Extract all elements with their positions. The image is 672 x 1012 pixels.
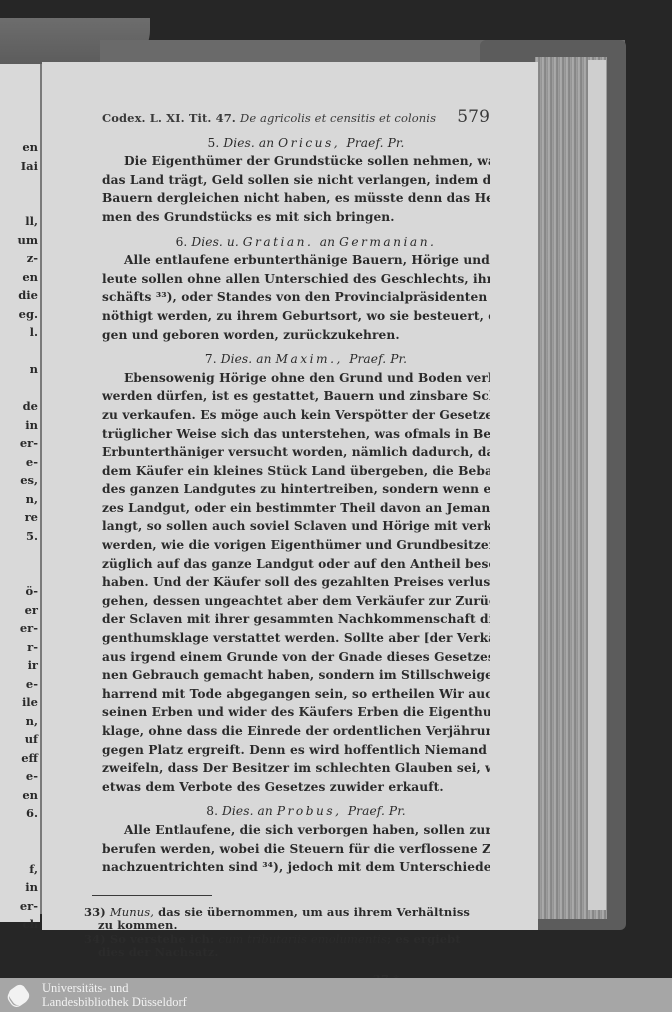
text-line: gen und geboren worden, zurückzukehren.: [102, 326, 490, 345]
running-head-title: Codex. L. XI. Tit. 47. De agricolis et c…: [102, 109, 436, 128]
left-page-fragment: eg.: [0, 305, 38, 324]
left-page-fragment: uf: [0, 730, 38, 749]
left-page-fragment: z-: [0, 249, 38, 268]
left-page-fragment: 6.: [0, 804, 38, 823]
left-page-text-fragments: enIaill,umz-endieeg.l.ndeiner-e-es,n,re5…: [0, 138, 38, 934]
section-heading-suffix: Praef. Pr.: [349, 352, 407, 366]
footnote-marker: 34): [84, 932, 106, 946]
footnote-rule: [92, 895, 212, 896]
section-heading-prefix: Dies. an: [222, 804, 277, 818]
left-page-fragment: ll,: [0, 212, 38, 231]
section-number: 8.: [206, 804, 222, 818]
footnote-text: So verstehe ich:: [106, 932, 219, 946]
section-paragraph: Die Eigenthümer der Grundstücke sollen n…: [102, 152, 490, 226]
left-page-fragment: er: [0, 601, 38, 620]
footnote-continuation: zu kommen.: [84, 919, 494, 933]
left-page-fragment: en: [0, 268, 38, 287]
text-line: nen Gebrauch gemacht haben, sondern im S…: [102, 666, 490, 685]
section-paragraph: Alle entlaufene erbunterthänige Bauern, …: [102, 251, 490, 344]
section-paragraph: Ebensowenig Hörige ohne den Grund und Bo…: [102, 369, 490, 797]
text-line: klage, ohne dass die Einrede der ordentl…: [102, 722, 490, 741]
left-page-fragment: n,: [0, 712, 38, 731]
text-line: nöthigt werden, zu ihrem Geburtsort, wo …: [102, 307, 490, 326]
left-page-fragment: in: [0, 416, 38, 435]
section-heading-prefix: Dies. u.: [191, 235, 242, 249]
text-line: etwas dem Verbote des Gesetzes zuwider e…: [102, 778, 490, 797]
running-head: Codex. L. XI. Tit. 47. De agricolis et c…: [102, 108, 490, 128]
left-page-fragment: eff: [0, 749, 38, 768]
left-page-fragment: [0, 194, 38, 213]
text-line: gehen, dessen ungeachtet aber dem Verkäu…: [102, 592, 490, 611]
text-line: werden dürfen, ist es gestattet, Bauern …: [102, 387, 490, 406]
left-page-fragment: l.: [0, 323, 38, 342]
page-number: 579: [457, 108, 490, 127]
page-text-block: Codex. L. XI. Tit. 47. De agricolis et c…: [102, 108, 490, 988]
left-page-fragment: [0, 545, 38, 564]
text-line: dem Käufer ein kleines Stück Land überge…: [102, 462, 490, 481]
text-line: zes Landgut, oder ein bestimmter Theil d…: [102, 499, 490, 518]
left-page-fragment: en: [0, 138, 38, 157]
section-heading-name: Germanian.: [339, 235, 436, 249]
text-line: harrend mit Tode abgegangen sein, so ert…: [102, 685, 490, 704]
sections-container: 5. Dies. an Oricus, Praef. Pr.Die Eigent…: [102, 134, 490, 877]
left-page-fragment: e-: [0, 767, 38, 786]
text-line: Alle Entlaufene, die sich verborgen habe…: [102, 821, 490, 840]
text-line: leute sollen ohne allen Unterschied des …: [102, 270, 490, 289]
text-line: gegen Platz ergreift. Denn es wird hoffe…: [102, 741, 490, 760]
text-line: werden, wie die vorigen Eigenthümer und …: [102, 536, 490, 555]
section-heading-prefix: Dies. an: [223, 136, 278, 150]
left-page-fragment: [0, 175, 38, 194]
left-page-fragment: en: [0, 786, 38, 805]
left-page-fragment: er-: [0, 434, 38, 453]
section-heading: 5. Dies. an Oricus, Praef. Pr.: [102, 134, 490, 153]
library-name-line2: Landesbibliothek Düsseldorf: [42, 995, 187, 1009]
left-page-fragment: ch: [0, 915, 38, 934]
left-page-fragment: n: [0, 360, 38, 379]
left-page-fragment: r-: [0, 638, 38, 657]
left-page-fragment: [0, 342, 38, 361]
left-page-fragment: ö-: [0, 582, 38, 601]
section-heading: 7. Dies. an Maxim., Praef. Pr.: [102, 350, 490, 369]
text-line: berufen werden, wobei die Steuern für di…: [102, 840, 490, 859]
left-page-fragment: er-: [0, 619, 38, 638]
footnote-marker: 33): [84, 905, 106, 919]
left-page-fragment: [0, 379, 38, 398]
left-page-fragment: 5.: [0, 527, 38, 546]
footnote-text: ; es ergiebt: [387, 932, 461, 946]
left-page-fragment: de: [0, 397, 38, 416]
running-head-prefix: Codex. L. XI. Tit. 47.: [102, 111, 236, 125]
left-page-fragment: [0, 823, 38, 842]
section-heading-suffix: Praef. Pr.: [348, 804, 406, 818]
text-line: genthumsklage verstattet werden. Sollte …: [102, 629, 490, 648]
left-page-fragment: [0, 564, 38, 583]
library-logo-icon: [4, 981, 34, 1009]
footnote: 34) So verstehe ich: cum tributariis emo…: [84, 933, 494, 947]
text-line: seinen Erben und wider des Käufers Erben…: [102, 703, 490, 722]
text-line: aus irgend einem Grunde von der Gnade di…: [102, 648, 490, 667]
left-page-fragment: Iai: [0, 157, 38, 176]
text-line: Ebensowenig Hörige ohne den Grund und Bo…: [102, 369, 490, 388]
footnote-italic: Munus,: [110, 905, 154, 919]
text-line: der Sclaven mit ihrer gesammten Nachkomm…: [102, 610, 490, 629]
left-page-fragment: er-: [0, 897, 38, 916]
section-heading-name: Maxim.,: [276, 352, 350, 366]
left-page-fragment: um: [0, 231, 38, 250]
left-page-fragment: n,: [0, 490, 38, 509]
library-name: Universitäts- und Landesbibliothek Düsse…: [42, 981, 187, 1009]
section-heading-connector: an: [320, 235, 339, 249]
text-line: langt, so sollen auch soviel Sclaven und…: [102, 517, 490, 536]
section-heading: 6. Dies. u. Gratian. an Germanian.: [102, 233, 490, 252]
text-line: haben. Und der Käufer soll des gezahlten…: [102, 573, 490, 592]
footnote-italic: cum tributariis emolumentis: [218, 932, 387, 946]
section-heading-suffix: Praef. Pr.: [347, 136, 405, 150]
left-page-fragment: in: [0, 878, 38, 897]
left-page-fragment: f,: [0, 860, 38, 879]
text-line: men des Grundstücks es mit sich bringen.: [102, 208, 490, 227]
section-heading-name: Probus,: [277, 804, 348, 818]
text-line: zu verkaufen. Es möge auch kein Verspött…: [102, 406, 490, 425]
section-number: 5.: [208, 136, 224, 150]
footnote-text: das sie übernommen, um aus ihrem Verhält…: [154, 905, 470, 919]
text-line: zweifeln, dass Der Besitzer im schlechte…: [102, 759, 490, 778]
text-line: nachzuentrichten sind ³⁴), jedoch mit de…: [102, 858, 490, 877]
footnotes: 33) Munus, das sie übernommen, um aus ih…: [84, 906, 494, 960]
text-line: schäfts ³³), oder Standes von den Provin…: [102, 288, 490, 307]
text-line: Bauern dergleichen nicht haben, es müsst…: [102, 189, 490, 208]
text-line: des ganzen Landgutes zu hintertreiben, s…: [102, 480, 490, 499]
text-line: Alle entlaufene erbunterthänige Bauern, …: [102, 251, 490, 270]
section-heading-name: Gratian.: [243, 235, 320, 249]
text-line: trüglicher Weise sich das unterstehen, w…: [102, 425, 490, 444]
section-heading-name: Oricus,: [278, 136, 346, 150]
text-line: Erbunterthäniger versucht worden, nämlic…: [102, 443, 490, 462]
left-page-fragment: re: [0, 508, 38, 527]
left-page-fragment: [0, 841, 38, 860]
text-line: züglich auf das ganze Landgut oder auf d…: [102, 555, 490, 574]
section-number: 6.: [176, 235, 192, 249]
section-heading-prefix: Dies. an: [221, 352, 276, 366]
section-paragraph: Alle Entlaufene, die sich verborgen habe…: [102, 821, 490, 877]
left-page-fragment: ir: [0, 656, 38, 675]
section-heading: 8. Dies. an Probus, Praef. Pr.: [102, 802, 490, 821]
library-footer-bar: Universitäts- und Landesbibliothek Düsse…: [0, 978, 672, 1012]
footnote: 33) Munus, das sie übernommen, um aus ih…: [84, 906, 494, 920]
text-line: das Land trägt, Geld sollen sie nicht ve…: [102, 171, 490, 190]
left-page-fragment: die: [0, 286, 38, 305]
left-page-fragment: e-: [0, 675, 38, 694]
left-page-fragment: es,: [0, 471, 38, 490]
running-head-italic: De agricolis et censitis et colonis: [240, 111, 436, 125]
left-page-fragment: ile: [0, 693, 38, 712]
text-line: Die Eigenthümer der Grundstücke sollen n…: [102, 152, 490, 171]
footnote-continuation: dies der Nachsatz.: [84, 946, 494, 960]
page-edge-highlight: [588, 60, 606, 910]
section-number: 7.: [205, 352, 221, 366]
left-page-fragment: e-: [0, 453, 38, 472]
library-name-line1: Universitäts- und: [42, 981, 187, 995]
